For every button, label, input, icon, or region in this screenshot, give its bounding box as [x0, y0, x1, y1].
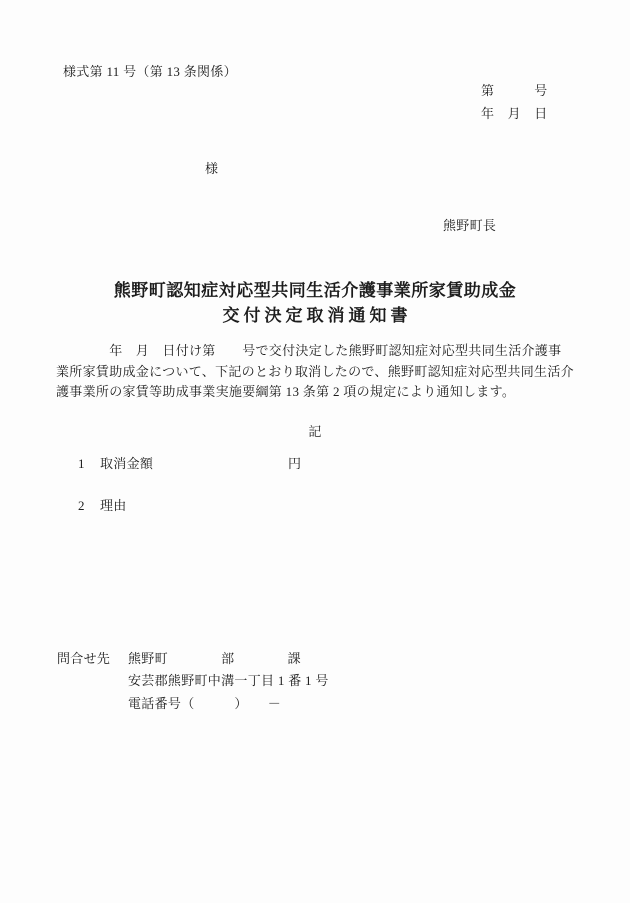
document-title-line2: 交付決定取消通知書 — [0, 301, 630, 326]
addressee-honorific: 様 — [205, 161, 218, 177]
item-label: 取消金額 — [100, 456, 153, 472]
document-title-line1: 熊野町認知症対応型共同生活介護事業所家賃助成金 — [0, 276, 630, 301]
body-paragraph-line3: 護事業所の家賃等助成事業実施要綱第 13 条第 2 項の規定により通知します。 — [56, 384, 515, 400]
date-line: 年 月 日 — [481, 106, 548, 122]
sender-title: 熊野町長 — [443, 218, 496, 234]
item-number: 2 — [78, 498, 85, 514]
document-page: 様式第 11 号（第 13 条関係） 第 号 年 月 日 様 熊野町長 熊野町認… — [0, 0, 630, 903]
form-number: 様式第 11 号（第 13 条関係） — [63, 64, 237, 80]
document-number: 第 号 — [481, 83, 548, 99]
contact-address: 安芸郡熊野町中溝一丁目 1 番 1 号 — [128, 673, 329, 689]
body-paragraph-line1: 年 月 日付け第 号で交付決定した熊野町認知症対応型共同生活介護事 — [56, 343, 561, 359]
contact-office-line: 熊野町 部 課 — [128, 651, 301, 667]
body-paragraph-line2: 業所家賃助成金について、下記のとおり取消したので、熊野町認知症対応型共同生活介 — [56, 364, 574, 380]
record-marker: 記 — [0, 421, 630, 440]
item-label: 理由 — [100, 498, 127, 514]
item-unit: 円 — [288, 456, 301, 472]
item-number: 1 — [78, 456, 85, 472]
contact-label: 問合せ先 — [57, 651, 110, 667]
contact-phone-line: 電話番号（ ） － — [128, 696, 281, 712]
